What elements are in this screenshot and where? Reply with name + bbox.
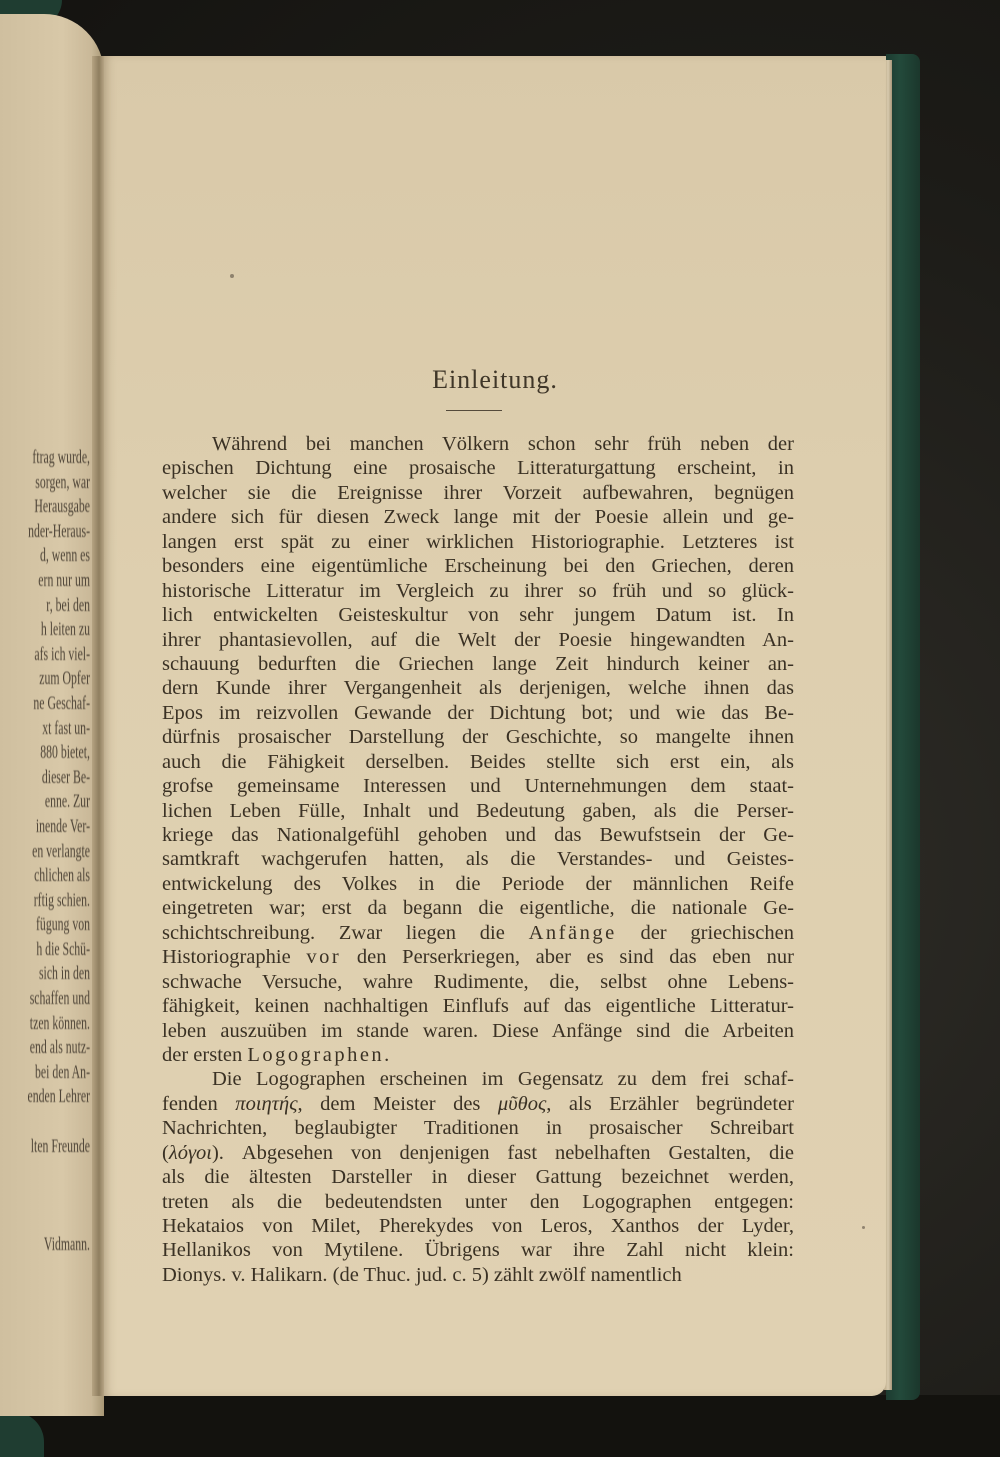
left-page-line <box>16 1110 90 1135</box>
text-line: langen erst spät zu einer wirklichen His… <box>162 530 794 554</box>
left-page-line: Vidmann. <box>16 1233 90 1258</box>
text-line: lich entwickelten Geisteskultur von sehr… <box>162 603 794 627</box>
left-page-line: nder-Heraus- <box>16 520 90 545</box>
text-line: schwache Versuche, wahre Rudimente, die,… <box>162 970 794 994</box>
emphasized-word: vor <box>306 946 341 968</box>
text-line: treten als die bedeutendsten unter den L… <box>162 1190 794 1214</box>
left-page-line: xt fast un- <box>16 717 90 742</box>
left-page-line: Herausgabe <box>16 495 90 520</box>
left-page-line: h die Schü- <box>16 938 90 963</box>
text-line: Hellanikos von Mytilene. Übrigens war ih… <box>162 1238 794 1262</box>
text-line: ihrer phantasievollen, auf die Welt der … <box>162 628 794 652</box>
text-line: auch die Fähigkeit derselben. Beides ste… <box>162 750 794 774</box>
left-page-line: en verlangte <box>16 840 90 865</box>
left-page-line <box>16 1208 90 1233</box>
text-line: Hekataios von Milet, Pherekydes von Lero… <box>162 1214 794 1238</box>
text-line: grofse gemeinsame Interessen und Unterne… <box>162 774 794 798</box>
left-page-line: dieser Be- <box>16 766 90 791</box>
table-surface <box>0 1395 1000 1457</box>
left-page-line: sorgen, war <box>16 471 90 496</box>
left-page-line: end als nutz- <box>16 1036 90 1061</box>
text-line: der ersten Logographen. <box>162 1043 794 1067</box>
left-page-line: schaffen und <box>16 987 90 1012</box>
left-page-line: lten Freunde <box>16 1135 90 1160</box>
paragraph: Die Logographen erscheinen im Gegensatz … <box>162 1067 794 1287</box>
text-line: Während bei manchen Völkern schon sehr f… <box>162 432 794 456</box>
left-page-line: d, wenn es <box>16 544 90 569</box>
text-line: dürfnis prosaischer Darstellung der Gesc… <box>162 725 794 749</box>
text-line: andere sich für diesen Zweck lange mit d… <box>162 505 794 529</box>
text-line: samtkraft wachgerufen hatten, als die Ve… <box>162 847 794 871</box>
chapter-heading: Einleitung. <box>104 365 886 395</box>
greek-word: μῦθος <box>498 1093 546 1115</box>
left-page-line: 880 bietet, <box>16 741 90 766</box>
text-line: schauung bedurften die Griechen lange Ze… <box>162 652 794 676</box>
text-line: lichen Leben Fülle, Inhalt und Bedeutung… <box>162 799 794 823</box>
left-page-line: tzen können. <box>16 1012 90 1037</box>
left-page-line: r, bei den <box>16 594 90 619</box>
left-page-line: ftrag wurde, <box>16 446 90 471</box>
left-page-line: h leiten zu <box>16 618 90 643</box>
text-line: Die Logographen erscheinen im Gegensatz … <box>162 1067 794 1091</box>
text-line: (λόγοι). Abgesehen von denjenigen fast n… <box>162 1141 794 1165</box>
text-line: historische Litteratur im Vergleich zu i… <box>162 579 794 603</box>
left-page-text: ftrag wurde,sorgen, warHerausgabender-He… <box>16 446 90 1258</box>
body-text: Während bei manchen Völkern schon sehr f… <box>162 432 794 1287</box>
heading-rule <box>446 410 502 411</box>
paper-fleck <box>230 274 234 278</box>
emphasized-word: Logographen <box>247 1044 384 1066</box>
left-page-line: rftig schien. <box>16 889 90 914</box>
left-page-line: bei den An- <box>16 1061 90 1086</box>
text-line: fenden ποιητής, dem Meister des μῦθος, a… <box>162 1092 794 1116</box>
text-line: dern Kunde ihrer Vergangenheit als derje… <box>162 676 794 700</box>
text-line: Epos im reizvollen Gewande der Dichtung … <box>162 701 794 725</box>
paper-fleck <box>862 1226 865 1229</box>
emphasized-word: Anfänge <box>529 922 617 944</box>
left-page-line <box>16 1159 90 1184</box>
text-line: entwickelung des Volkes in die Periode d… <box>162 872 794 896</box>
text-line: schichtschreibung. Zwar liegen die Anfän… <box>162 921 794 945</box>
text-line: welcher sie die Ereignisse ihrer Vorzeit… <box>162 481 794 505</box>
left-page-line: fügung von <box>16 913 90 938</box>
left-page-line <box>16 1184 90 1209</box>
text-line: leben auszuüben im stande waren. Diese A… <box>162 1019 794 1043</box>
left-page-line: enden Lehrer <box>16 1085 90 1110</box>
text-line: epischen Dichtung eine prosaische Litter… <box>162 456 794 480</box>
paragraph: Während bei manchen Völkern schon sehr f… <box>162 432 794 1067</box>
greek-word: λόγοι <box>169 1142 212 1164</box>
text-line: Historiographie vor den Perserkriegen, a… <box>162 945 794 969</box>
text-line: Nachrichten, beglaubigter Traditionen in… <box>162 1116 794 1140</box>
left-page-line: ern nur um <box>16 569 90 594</box>
text-line: Dionys. v. Halikarn. (de Thuc. jud. c. 5… <box>162 1263 794 1287</box>
left-page-line: enne. Zur <box>16 790 90 815</box>
left-page-line: sich in den <box>16 962 90 987</box>
left-page-line: zum Opfer <box>16 667 90 692</box>
left-page-line: inende Ver- <box>16 815 90 840</box>
left-page: ftrag wurde,sorgen, warHerausgabender-He… <box>0 14 104 1416</box>
text-line: besonders eine eigentümliche Erscheinung… <box>162 554 794 578</box>
text-line: als die ältesten Darsteller in dieser Ga… <box>162 1165 794 1189</box>
left-page-line: ne Geschaf- <box>16 692 90 717</box>
greek-word: ποιητής <box>235 1093 297 1115</box>
text-line: eingetreten war; erst da begann die eige… <box>162 896 794 920</box>
left-page-line: chlichen als <box>16 864 90 889</box>
text-line: fähigkeit, keinen nachhaltigen Einflufs … <box>162 994 794 1018</box>
left-page-line: afs ich viel- <box>16 643 90 668</box>
text-line: kriege das Nationalgefühl gehoben und da… <box>162 823 794 847</box>
